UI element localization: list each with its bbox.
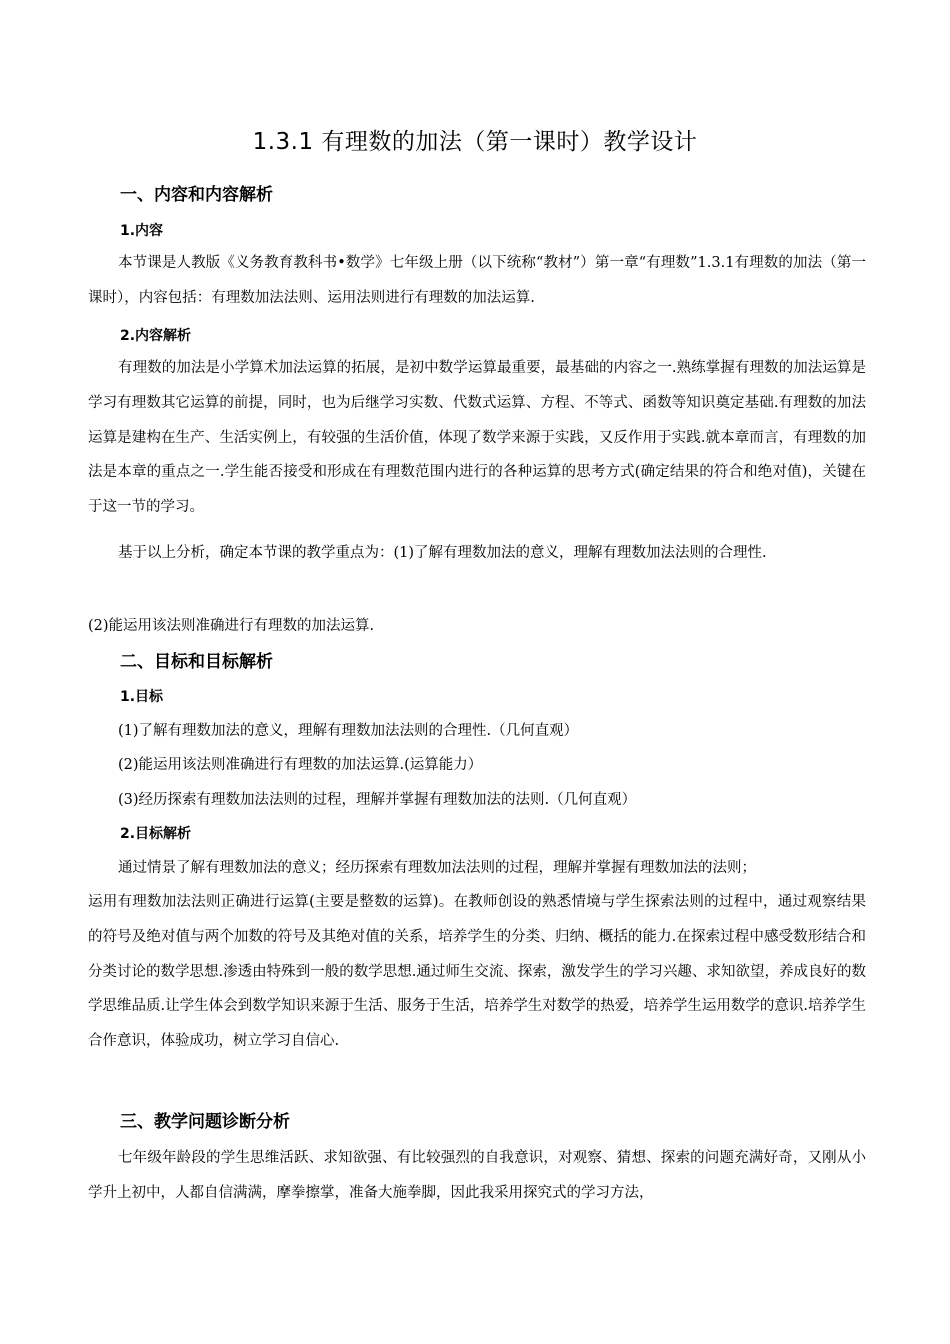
section-1-1-paragraph: 本节课是人教版《义务教育教科书•数学》七年级上册（以下统称“教材”）第一章“有理… [88,246,866,316]
document-title: 1.3.1 有理数的加法（第一课时）教学设计 [0,124,950,160]
section-1-1-heading: 1.内容 [120,220,163,242]
section-2-2-paragraph-1: 通过情景了解有理数加法的意义；经历探索有理数加法法则的过程，理解并掌握有理数加法… [118,856,756,880]
goal-item-2: (2)能运用该法则准确进行有理数的加法运算.(运算能力） [118,753,482,777]
section-1-2-paragraph-1: 有理数的加法是小学算术加法运算的拓展，是初中数学运算最重要，最基础的内容之一.熟… [88,351,866,525]
section-1-2-paragraph-3: (2)能运用该法则准确进行有理数的加法运算. [88,614,374,638]
section-2-2-paragraph-2: 运用有理数加法法则正确进行运算(主要是整数的运算)。在教师创设的熟悉情境与学生探… [88,885,866,1059]
section-1-2-heading: 2.内容解析 [120,325,191,347]
section-2-heading: 二、目标和目标解析 [120,650,273,674]
section-3-heading: 三、教学问题诊断分析 [120,1110,290,1134]
section-3-paragraph: 七年级年龄段的学生思维活跃、求知欲强、有比较强烈的自我意识，对观察、猜想、探索的… [88,1141,866,1211]
section-1-heading: 一、内容和内容解析 [120,183,273,207]
goal-item-1: (1)了解有理数加法的意义，理解有理数加法法则的合理性.（几何直观） [118,719,578,743]
section-1-2-paragraph-2: 基于以上分析，确定本节课的教学重点为：(1)了解有理数加法的意义，理解有理数加法… [88,536,866,571]
section-2-1-heading: 1.目标 [120,686,163,708]
goal-item-3: (3)经历探索有理数加法法则的过程，理解并掌握有理数加法的法则.（几何直观） [118,788,636,812]
document-page: 1.3.1 有理数的加法（第一课时）教学设计 一、内容和内容解析 1.内容 本节… [0,0,950,1344]
section-2-2-heading: 2.目标解析 [120,823,191,845]
